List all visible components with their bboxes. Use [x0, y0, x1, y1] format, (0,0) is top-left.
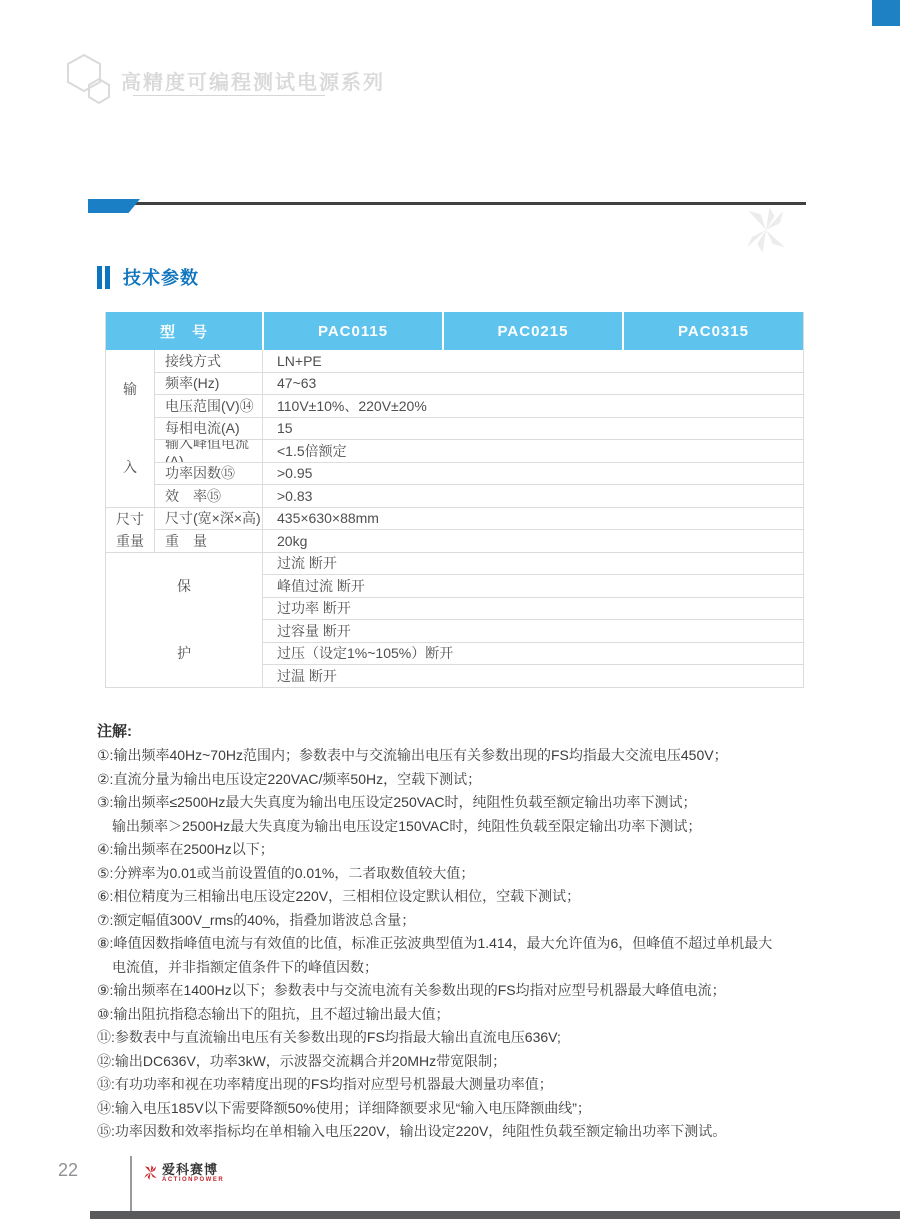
note-line: ①:输出频率40Hz~70Hz范围内；参数表中与交流输出电压有关参数出现的FS均…: [97, 744, 857, 768]
series-header: 高精度可编程测试电源系列: [55, 52, 385, 109]
note-line: ⑤:分辨率为0.01或当前设置值的0.01%，二者取数值较大值；: [97, 862, 857, 886]
value-cell: 过压（设定1%~105%）断开: [262, 643, 803, 666]
brand-name-en: ACTIONPOWER: [162, 1177, 224, 1184]
group-label-char: 入: [123, 459, 137, 475]
param-cell: 重 量: [154, 530, 262, 553]
param-cell: 频率(Hz): [154, 373, 262, 396]
value-cell: 15: [262, 418, 803, 441]
notes-section: 注解: ①:输出频率40Hz~70Hz范围内；参数表中与交流输出电压有关参数出现…: [97, 720, 857, 1144]
table-header-model: PAC0315: [622, 312, 803, 350]
table-header-model-label: 型 号: [106, 312, 262, 350]
table-header-model: PAC0115: [262, 312, 442, 350]
param-cell: 每相电流(A): [154, 418, 262, 441]
series-title: 高精度可编程测试电源系列: [121, 66, 385, 95]
page-number: 22: [58, 1160, 78, 1181]
param-cell: 尺寸(宽×深×高): [154, 508, 262, 531]
spec-table: 型 号PAC0115PAC0215PAC0315输入接线方式LN+PE频率(Hz…: [105, 312, 804, 688]
param-cell: 输入峰值电流(A): [154, 440, 262, 463]
group-label-cell: 输入: [106, 350, 154, 508]
value-cell: 过容量 断开: [262, 620, 803, 643]
value-cell: 435×630×88mm: [262, 508, 803, 531]
param-cell: 功率因数⑮: [154, 463, 262, 486]
group-label-char: 重量: [116, 533, 144, 549]
param-cell: 效 率⑮: [154, 485, 262, 508]
footer-divider: [130, 1156, 132, 1218]
note-line: ⑧:峰值因数指峰值电流与有效值的比值，标准正弦波典型值为1.414，最大允许值为…: [97, 932, 857, 956]
section-accent-bars-icon: [97, 266, 113, 289]
value-cell: 110V±10%、220V±20%: [262, 395, 803, 418]
note-line: ②:直流分量为输出电压设定220VAC/频率50Hz，空载下测试；: [97, 768, 857, 792]
group-label-char: 尺寸: [116, 511, 144, 527]
value-cell: 峰值过流 断开: [262, 575, 803, 598]
brand-name-cn: 爱科赛博: [162, 1163, 224, 1177]
section-title: 技术参数: [123, 264, 199, 290]
value-cell: >0.83: [262, 485, 803, 508]
notes-list: ①:输出频率40Hz~70Hz范围内；参数表中与交流输出电压有关参数出现的FS均…: [97, 744, 857, 1144]
brand-logo-text: 爱科赛博 ACTIONPOWER: [162, 1163, 224, 1184]
value-cell: 20kg: [262, 530, 803, 553]
param-cell: 接线方式: [154, 350, 262, 373]
value-cell: LN+PE: [262, 350, 803, 373]
note-line: ⑦:额定幅值300V_rms的40%，指叠加谐波总含量；: [97, 909, 857, 933]
note-line: ⑥:相位精度为三相输出电压设定220V，三相相位设定默认相位，空载下测试；: [97, 885, 857, 909]
group-label-cell: 尺寸重量: [106, 508, 154, 553]
group-label-cell: 保护: [106, 553, 262, 688]
note-line: ⑪:参数表中与直流输出电压有关参数出现的FS均指最大输出直流电压636V;: [97, 1026, 857, 1050]
brand-pinwheel-icon: [142, 1164, 159, 1181]
note-line: ③:输出频率≤2500Hz最大失真度为输出电压设定250VAC时，纯阻性负载至额…: [97, 791, 857, 815]
value-cell: >0.95: [262, 463, 803, 486]
hexagon-logo-icon: [55, 52, 113, 109]
pinwheel-watermark-icon: [738, 204, 794, 256]
note-line: ⑨:输出频率在1400Hz以下；参数表中与交流电流有关参数出现的FS均指对应型号…: [97, 979, 857, 1003]
value-cell: 过流 断开: [262, 553, 803, 576]
divider-line: [88, 202, 806, 205]
note-line: ④:输出频率在2500Hz以下；: [97, 838, 857, 862]
note-line: ⑭:输入电压185V以下需要降额50%使用；详细降额要求见“输入电压降额曲线”；: [97, 1097, 857, 1121]
note-line: 电流值，并非指额定值条件下的峰值因数；: [97, 956, 857, 980]
bottom-bar: [90, 1211, 900, 1219]
series-underline: [133, 95, 325, 96]
divider-accent-chip: [88, 199, 140, 213]
value-cell: <1.5倍额定: [262, 440, 803, 463]
section-head: 技术参数: [97, 264, 199, 290]
value-cell: 47~63: [262, 373, 803, 396]
value-cell: 过温 断开: [262, 665, 803, 688]
note-line: ⑩:输出阻抗指稳态输出下的阻抗，且不超过输出最大值；: [97, 1003, 857, 1027]
footer-brand-logo: 爱科赛博 ACTIONPOWER: [142, 1163, 224, 1184]
note-line: ⑮:功率因数和效率指标均在单相输入电压220V，输出设定220V，纯阻性负载至额…: [97, 1120, 857, 1144]
group-label-char: 保: [177, 578, 191, 594]
group-label-char: 护: [177, 645, 191, 661]
table-header-model: PAC0215: [442, 312, 622, 350]
corner-accent: [872, 0, 900, 26]
notes-title: 注解:: [97, 720, 857, 744]
value-cell: 过功率 断开: [262, 598, 803, 621]
datasheet-page: 高精度可编程测试电源系列 技术参数 型 号PAC0115PAC0215PAC03…: [0, 0, 900, 1220]
note-line: ⑬:有功功率和视在功率精度出现的FS均指对应型号机器最大测量功率值；: [97, 1073, 857, 1097]
note-line: ⑫:输出DC636V，功率3kW，示波器交流耦合并20MHz带宽限制；: [97, 1050, 857, 1074]
param-cell: 电压范围(V)⑭: [154, 395, 262, 418]
group-label-char: 输: [123, 381, 137, 397]
note-line: 输出频率＞2500Hz最大失真度为输出电压设定150VAC时，纯阻性负载至限定输…: [97, 815, 857, 839]
